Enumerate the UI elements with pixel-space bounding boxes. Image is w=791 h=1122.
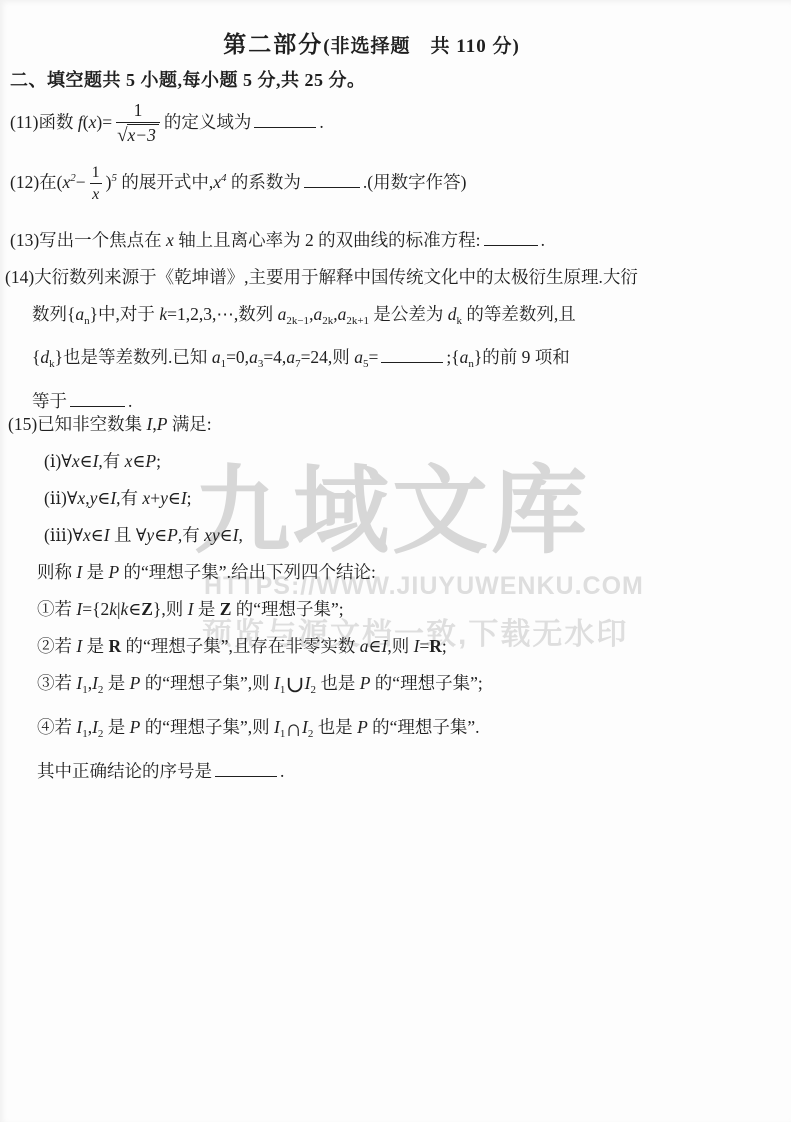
text-segment: a xyxy=(286,347,295,367)
text-segment: R xyxy=(108,636,121,656)
text-segment: .(用数字作答) xyxy=(363,172,467,192)
text-segment: 的“理想子集”,则 xyxy=(140,673,274,693)
q15-conclusion-2: ②若 I 是 R 的“理想子集”,且存在非零实数 a∈I,则 I=R; xyxy=(8,628,788,665)
text-segment: =1,2,3,⋯,数列 xyxy=(167,304,278,324)
text-segment: a xyxy=(354,347,363,367)
text-segment: P xyxy=(108,562,119,582)
text-segment: ={2 xyxy=(82,599,109,619)
q13-text: (13)写出一个焦点在 x 轴上且离心率为 2 的双曲线的标准方程:. xyxy=(10,230,545,250)
text-segment: 的定义域为 xyxy=(164,112,252,132)
text-segment: ,则 xyxy=(387,636,413,656)
text-segment: ∈ xyxy=(91,525,104,545)
text-segment: P xyxy=(360,673,371,693)
part-title-row: 第二部分(非选择题 共 110 分) xyxy=(0,26,791,59)
text-segment: (ⅰ) xyxy=(44,451,61,471)
text-segment: ,有 xyxy=(178,525,204,545)
text-segment: 数列{ xyxy=(32,304,75,324)
answer-blank xyxy=(254,111,316,128)
text-segment: a xyxy=(360,636,369,656)
text-segment: x xyxy=(83,525,91,545)
text-segment: 是 xyxy=(193,599,219,619)
text-segment: 的“理想子集”; xyxy=(231,599,343,619)
q11-fraction: 1√x−3 xyxy=(116,100,160,148)
text-segment: 是公差为 xyxy=(369,304,448,324)
text-segment: ∈ xyxy=(128,599,141,619)
part-title: 第二部分 xyxy=(223,32,323,57)
answer-blank xyxy=(381,346,443,363)
text-segment: ∈ xyxy=(97,488,110,508)
text-segment: ∈ xyxy=(80,451,93,471)
fraction-bar xyxy=(116,122,160,123)
text-segment: }也是等差数列.已知 xyxy=(55,347,212,367)
text-segment: + xyxy=(150,488,160,508)
fraction-denominator: x xyxy=(91,185,100,204)
text-segment: (ⅱ) xyxy=(44,488,67,508)
text-segment: 也是 xyxy=(313,717,357,737)
question-15: (15)已知非空数集 I,P 满足: (ⅰ)∀x∈I,有 x∈P; (ⅱ)∀x,… xyxy=(8,406,788,790)
text-segment: ; xyxy=(442,636,447,656)
text-segment: 写出一个焦点在 xyxy=(39,230,166,250)
exam-page: 九域文库 HTTPS://WWW.JIUYUWENKU.COM 预览与源文档一致… xyxy=(0,0,791,1122)
part-title-paren: (非选择题 共 110 分) xyxy=(323,36,520,57)
text-segment: ∈ xyxy=(168,488,181,508)
q12-post-text: )5 的展开式中,x4 的系数为.(用数字作答) xyxy=(106,172,467,192)
text-segment: 是 xyxy=(82,636,108,656)
text-segment: ,有 xyxy=(98,451,124,471)
q14-line-1: (14)大衍数列来源于《乾坤谱》,主要用于解释中国传统文化中的太极衍生原理.大衍 xyxy=(5,259,785,296)
text-segment: 大衍数列来源于《乾坤谱》,主要用于解释中国传统文化中的太极衍生原理.大衍 xyxy=(34,267,638,287)
text-segment: P xyxy=(130,673,141,693)
q11-pre-text: (11)函数 f(x)= xyxy=(10,112,112,132)
text-segment: ∈ xyxy=(220,525,233,545)
text-segment: P xyxy=(145,451,156,471)
question-14: (14)大衍数列来源于《乾坤谱》,主要用于解释中国传统文化中的太极衍生原理.大衍… xyxy=(5,259,785,419)
fraction-numerator: 1 xyxy=(132,100,145,121)
q12-fraction: 1x xyxy=(90,163,102,204)
answer-blank xyxy=(484,229,538,246)
text-segment: a xyxy=(338,304,347,324)
text-segment: ∀ xyxy=(72,525,83,545)
sqrt-radicand: x−3 xyxy=(127,124,159,146)
text-segment: ∈ xyxy=(132,451,145,471)
text-segment: 的“理想子集”,且存在非零实数 xyxy=(121,636,360,656)
text-segment: ∈ xyxy=(154,525,167,545)
text-segment: (11) xyxy=(10,112,39,132)
q15-conclusion-4: ④若 I1,I2 是 P 的“理想子集”,则 I1∩I2 也是 P 的“理想子集… xyxy=(8,709,788,753)
text-segment: ; xyxy=(156,451,161,471)
text-segment: ∀ xyxy=(61,451,72,471)
fraction-numerator: 1 xyxy=(90,163,102,182)
text-segment: ; xyxy=(187,488,192,508)
text-segment: a xyxy=(212,347,221,367)
text-segment: a xyxy=(75,304,84,324)
fraction-denominator: √x−3 xyxy=(116,124,160,148)
answer-blank xyxy=(215,760,277,777)
text-segment: x xyxy=(213,172,221,192)
q15-head: (15)已知非空数集 I,P 满足: xyxy=(8,406,788,443)
question-13: (13)写出一个焦点在 x 轴上且离心率为 2 的双曲线的标准方程:. xyxy=(10,227,545,252)
text-segment: = xyxy=(419,636,429,656)
text-segment: 则称 xyxy=(37,562,76,582)
text-segment: 轴上且离心率为 2 的双曲线的标准方程: xyxy=(174,230,481,250)
text-segment: 2k xyxy=(322,315,333,327)
text-segment: x xyxy=(166,230,174,250)
q15-definition: 则称 I 是 P 的“理想子集”.给出下列四个结论: xyxy=(8,554,788,591)
text-segment: x xyxy=(72,451,80,471)
text-segment: 的等差数列,且 xyxy=(462,304,576,324)
text-segment: (ⅲ) xyxy=(44,525,72,545)
text-segment: =24,则 xyxy=(301,347,355,367)
text-segment: ②若 xyxy=(37,636,76,656)
text-segment: ③若 xyxy=(37,673,76,693)
text-segment: P xyxy=(357,717,368,737)
text-segment: xy xyxy=(204,525,220,545)
text-segment: a xyxy=(313,304,322,324)
text-segment: k xyxy=(159,304,167,324)
q14-line-2: 数列{an}中,对于 k=1,2,3,⋯,数列 a2k−1,a2k,a2k+1 … xyxy=(5,296,785,340)
text-segment: 的“理想子集”.给出下列四个结论: xyxy=(119,562,376,582)
text-segment: 的“理想子集”; xyxy=(370,673,482,693)
text-segment: 的展开式中, xyxy=(117,172,213,192)
q11-post-text: 的定义域为. xyxy=(164,112,324,132)
text-segment: 的“理想子集”. xyxy=(368,717,480,737)
text-segment: 的“理想子集”,则 xyxy=(140,717,274,737)
text-segment: }中,对于 xyxy=(90,304,160,324)
text-segment: P xyxy=(157,414,168,434)
text-segment: . xyxy=(280,761,284,781)
q12-pre-text: (12)在(x2− xyxy=(10,172,86,192)
text-segment: ;{ xyxy=(446,347,459,367)
text-segment: 已知非空数集 xyxy=(37,414,146,434)
text-segment: 函数 xyxy=(39,112,78,132)
fraction-bar xyxy=(90,183,102,184)
q15-conclusion-3: ③若 I1,I2 是 P 的“理想子集”,则 I1∪I2 也是 P 的“理想子集… xyxy=(8,665,788,709)
text-segment: − xyxy=(76,172,86,192)
text-segment: (13) xyxy=(10,230,39,250)
text-segment: )= xyxy=(96,112,112,132)
text-segment: 是 xyxy=(103,717,129,737)
q15-condition-iii: (ⅲ)∀x∈I 且 ∀y∈P,有 xy∈I, xyxy=(8,517,788,554)
answer-blank xyxy=(304,171,360,188)
text-segment: 在( xyxy=(39,172,62,192)
question-12: (12)在(x2−1x)5 的展开式中,x4 的系数为.(用数字作答) xyxy=(10,163,466,204)
q15-condition-i: (ⅰ)∀x∈I,有 x∈P; xyxy=(8,443,788,480)
text-segment: y xyxy=(160,488,168,508)
text-segment: =4, xyxy=(263,347,286,367)
text-segment: 的系数为 xyxy=(227,172,301,192)
text-segment: ,有 xyxy=(116,488,142,508)
text-segment: }的前 9 项和 xyxy=(474,347,570,367)
text-segment: ∀ xyxy=(67,488,78,508)
q15-condition-ii: (ⅱ)∀x,y∈I,有 x+y∈I; xyxy=(8,480,788,517)
text-segment: ∪ xyxy=(285,672,304,697)
exam-content: 第二部分(非选择题 共 110 分) 二、填空题共 5 小题,每小题 5 分,共… xyxy=(0,0,791,1122)
text-segment: 2k+1 xyxy=(346,315,369,327)
text-segment: ∈ xyxy=(369,636,382,656)
text-segment: 是 xyxy=(103,673,129,693)
text-segment: =0, xyxy=(226,347,249,367)
text-segment: ①若 xyxy=(37,599,76,619)
text-segment: Z xyxy=(220,599,232,619)
text-segment: 其中正确结论的序号是 xyxy=(37,761,212,781)
text-segment: },则 xyxy=(153,599,188,619)
section-heading: 二、填空题共 5 小题,每小题 5 分,共 25 分。 xyxy=(10,66,366,92)
q15-conclusion-1: ①若 I={2k|k∈Z},则 I 是 Z 的“理想子集”; xyxy=(8,591,788,628)
text-segment: . xyxy=(319,112,323,132)
text-segment: 满足: xyxy=(167,414,211,434)
text-segment: a xyxy=(249,347,258,367)
text-segment: (14) xyxy=(5,267,34,287)
answer-blank xyxy=(70,390,125,407)
question-11: (11)函数 f(x)=1√x−3的定义域为. xyxy=(10,100,324,148)
text-segment: 且 ∀ xyxy=(110,525,147,545)
text-segment: Z xyxy=(141,599,153,619)
q15-answer-line: 其中正确结论的序号是. xyxy=(8,753,788,790)
text-segment: (15) xyxy=(8,414,37,434)
text-segment: ∩ xyxy=(285,716,302,741)
text-segment: . xyxy=(541,230,545,250)
text-segment: 2k−1 xyxy=(286,315,309,327)
text-segment: (12) xyxy=(10,172,39,192)
text-segment: 是 xyxy=(82,562,108,582)
text-segment: d xyxy=(448,304,457,324)
text-segment: , xyxy=(238,525,242,545)
text-segment: ④若 xyxy=(37,717,76,737)
text-segment: 也是 xyxy=(316,673,360,693)
text-segment: P xyxy=(130,717,141,737)
text-segment: k xyxy=(109,599,117,619)
q14-line-3: {dk}也是等差数列.已知 a1=0,a3=4,a7=24,则 a5=;{an}… xyxy=(5,339,785,383)
text-segment: P xyxy=(167,525,178,545)
text-segment: R xyxy=(429,636,442,656)
text-segment: = xyxy=(368,347,378,367)
text-segment: d xyxy=(40,347,49,367)
